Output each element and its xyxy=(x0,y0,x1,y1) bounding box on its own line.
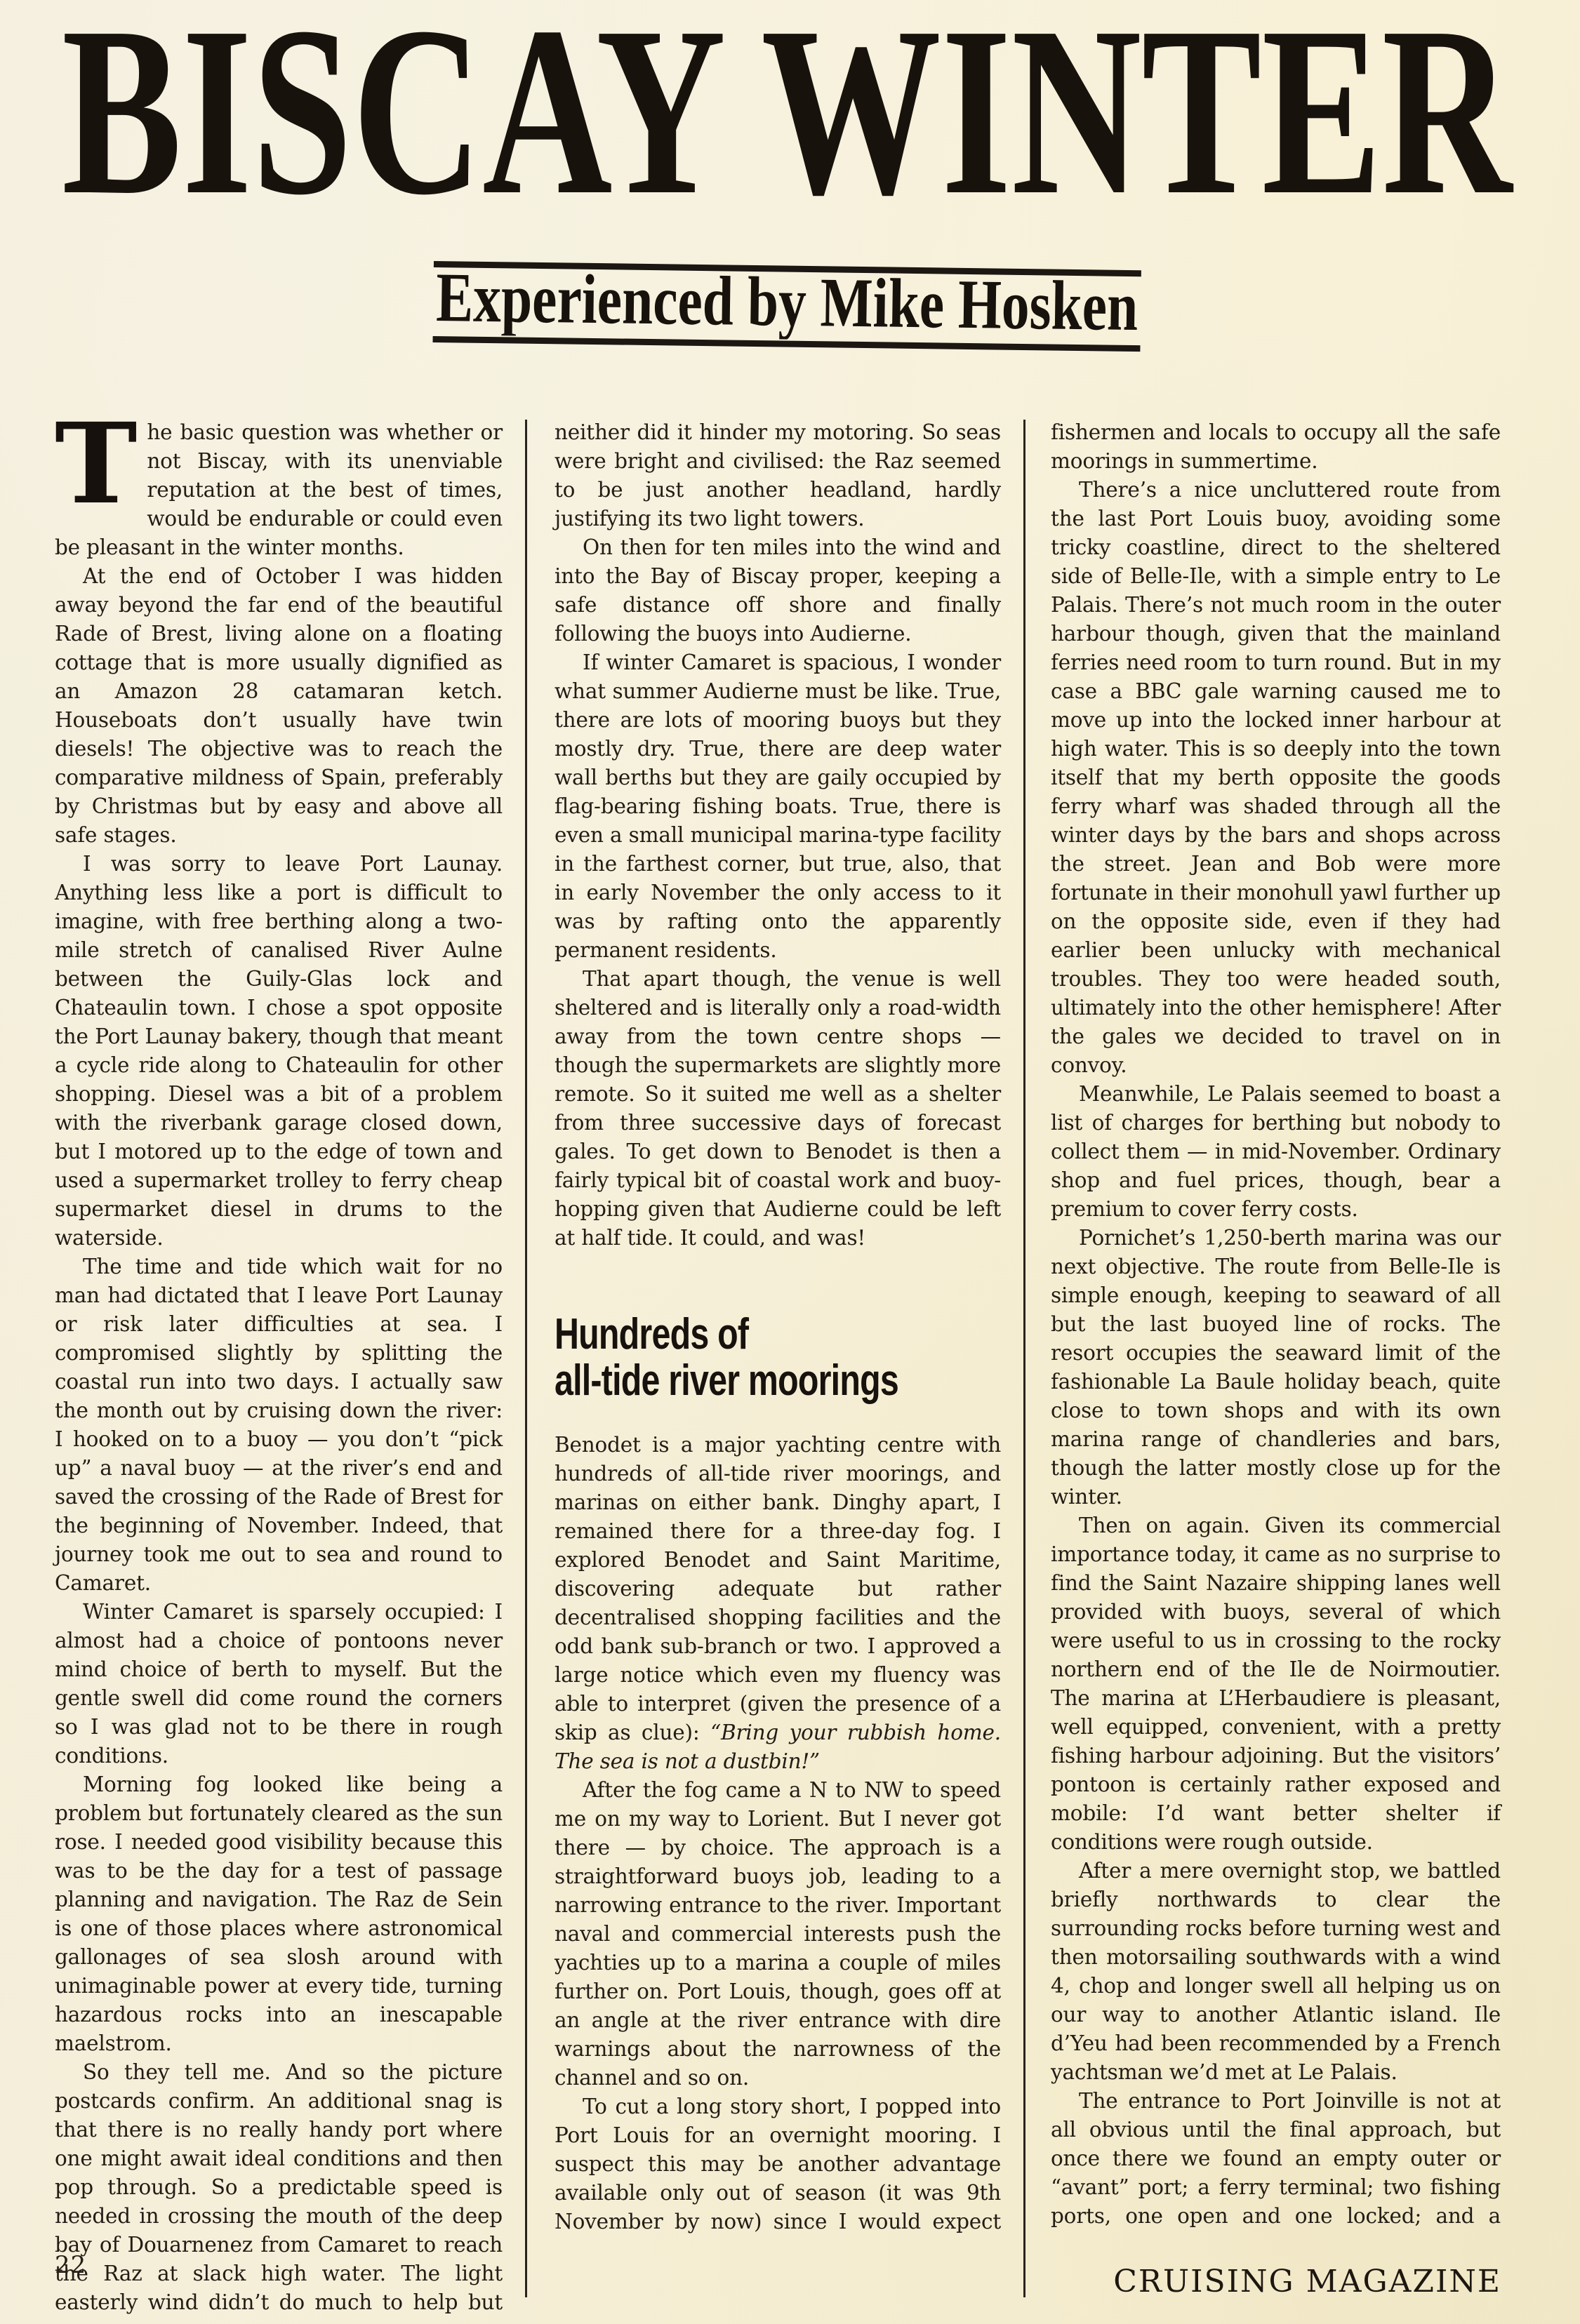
paragraph: If winter Camaret is spacious, I wonder … xyxy=(555,648,1001,965)
paragraph: I was sorry to leave Port Launay. Anythi… xyxy=(55,850,503,1253)
paragraph: Pornichet’s 1,250-berth marina was our n… xyxy=(1051,1224,1501,1511)
article-column-1: The basic question was whether or not Bi… xyxy=(55,418,503,2317)
paragraph: Winter Camaret is sparsely occupied: I a… xyxy=(55,1598,503,1770)
paragraph: On then for ten miles into the wind and … xyxy=(555,533,1001,648)
paragraph: Then on again. Given its commercial impo… xyxy=(1051,1511,1501,1857)
body-text: To cut a long story short, I popped into… xyxy=(555,2095,1001,2233)
section-subhead-line: Hundreds of xyxy=(555,1311,903,1358)
body-text: So they tell me. And so the picture post… xyxy=(55,2060,503,2314)
paragraph: To cut a long story short, I popped into… xyxy=(555,2092,1001,2236)
body-text: Meanwhile, Le Palais seemed to boast a l… xyxy=(1051,1082,1501,1221)
paragraph: After the fog came a N to NW to speed me… xyxy=(555,1776,1001,2092)
column-divider-rule-1 xyxy=(525,420,527,2297)
body-text: That apart though, the venue is well she… xyxy=(555,967,1001,1250)
page-number: 22 xyxy=(55,2251,86,2279)
body-text: At the end of October I was hidden away … xyxy=(55,564,503,847)
body-text: Benodet is a major yachting centre with … xyxy=(555,1433,1001,1744)
paragraph: fishermen and locals to occupy all the s… xyxy=(1051,418,1501,476)
body-text: Winter Camaret is sparsely occupied: I a… xyxy=(55,1600,503,1768)
article-title: BISCAY WINTER xyxy=(62,24,1514,234)
paragraph: The time and tide which wait for no man … xyxy=(55,1253,503,1598)
section-subhead-line: all-tide river moorings xyxy=(555,1358,903,1404)
byline-svg: Experienced by Mike Hosken xyxy=(433,270,1141,344)
body-text: The time and tide which wait for no man … xyxy=(55,1255,503,1595)
body-text: Pornichet’s 1,250-berth marina was our n… xyxy=(1051,1226,1501,1509)
paragraph: At the end of October I was hidden away … xyxy=(55,562,503,850)
paragraph: Benodet is a major yachting centre with … xyxy=(555,1431,1001,1776)
paragraph: So they tell me. And so the picture post… xyxy=(55,2058,503,2317)
body-text: neither did it hinder my motoring. So se… xyxy=(555,420,1001,530)
body-text: Then on again. Given its commercial impo… xyxy=(1051,1514,1501,1854)
paragraph: There’s a nice uncluttered route from th… xyxy=(1051,476,1501,1080)
paragraph: neither did it hinder my motoring. So se… xyxy=(555,418,1001,533)
body-text: Morning fog looked like being a problem … xyxy=(55,1772,503,2055)
body-text: After the fog came a N to NW to speed me… xyxy=(555,1778,1001,2090)
article-column-2: neither did it hinder my motoring. So se… xyxy=(555,418,1001,2236)
body-text: The entrance to Port Joinville is not at… xyxy=(1051,2089,1501,2228)
masthead: BISCAY WINTER xyxy=(62,24,1515,234)
body-text: There’s a nice uncluttered route from th… xyxy=(1051,478,1501,1077)
paragraph: The entrance to Port Joinville is not at… xyxy=(1051,2087,1501,2231)
byline: Experienced by Mike Hosken xyxy=(436,270,1138,344)
byline-block: Experienced by Mike Hosken xyxy=(432,261,1141,352)
paragraph: That apart though, the venue is well she… xyxy=(555,965,1001,1253)
body-text: fishermen and locals to occupy all the s… xyxy=(1051,420,1501,473)
section-subhead: Hundreds ofall-tide river moorings xyxy=(555,1311,1001,1404)
body-text: After a mere overnight stop, we battled … xyxy=(1051,1859,1501,2084)
article-title-svg: BISCAY WINTER xyxy=(62,24,1515,234)
column-divider-rule-2 xyxy=(1023,420,1025,2297)
magazine-page: BISCAY WINTER Experienced by Mike Hosken… xyxy=(0,0,1580,2324)
magazine-name: CRUISING MAGAZINE xyxy=(1113,2264,1501,2299)
body-text: If winter Camaret is spacious, I wonder … xyxy=(555,650,1001,962)
paragraph: Meanwhile, Le Palais seemed to boast a l… xyxy=(1051,1080,1501,1224)
paragraph: After a mere overnight stop, we battled … xyxy=(1051,1857,1501,2087)
body-text: I was sorry to leave Port Launay. Anythi… xyxy=(55,852,503,1250)
paragraph: Morning fog looked like being a problem … xyxy=(55,1770,503,2058)
article-column-3: fishermen and locals to occupy all the s… xyxy=(1051,418,1501,2231)
paragraph: The basic question was whether or not Bi… xyxy=(55,418,503,562)
body-text: On then for ten miles into the wind and … xyxy=(555,535,1001,646)
drop-cap: T xyxy=(55,418,147,507)
